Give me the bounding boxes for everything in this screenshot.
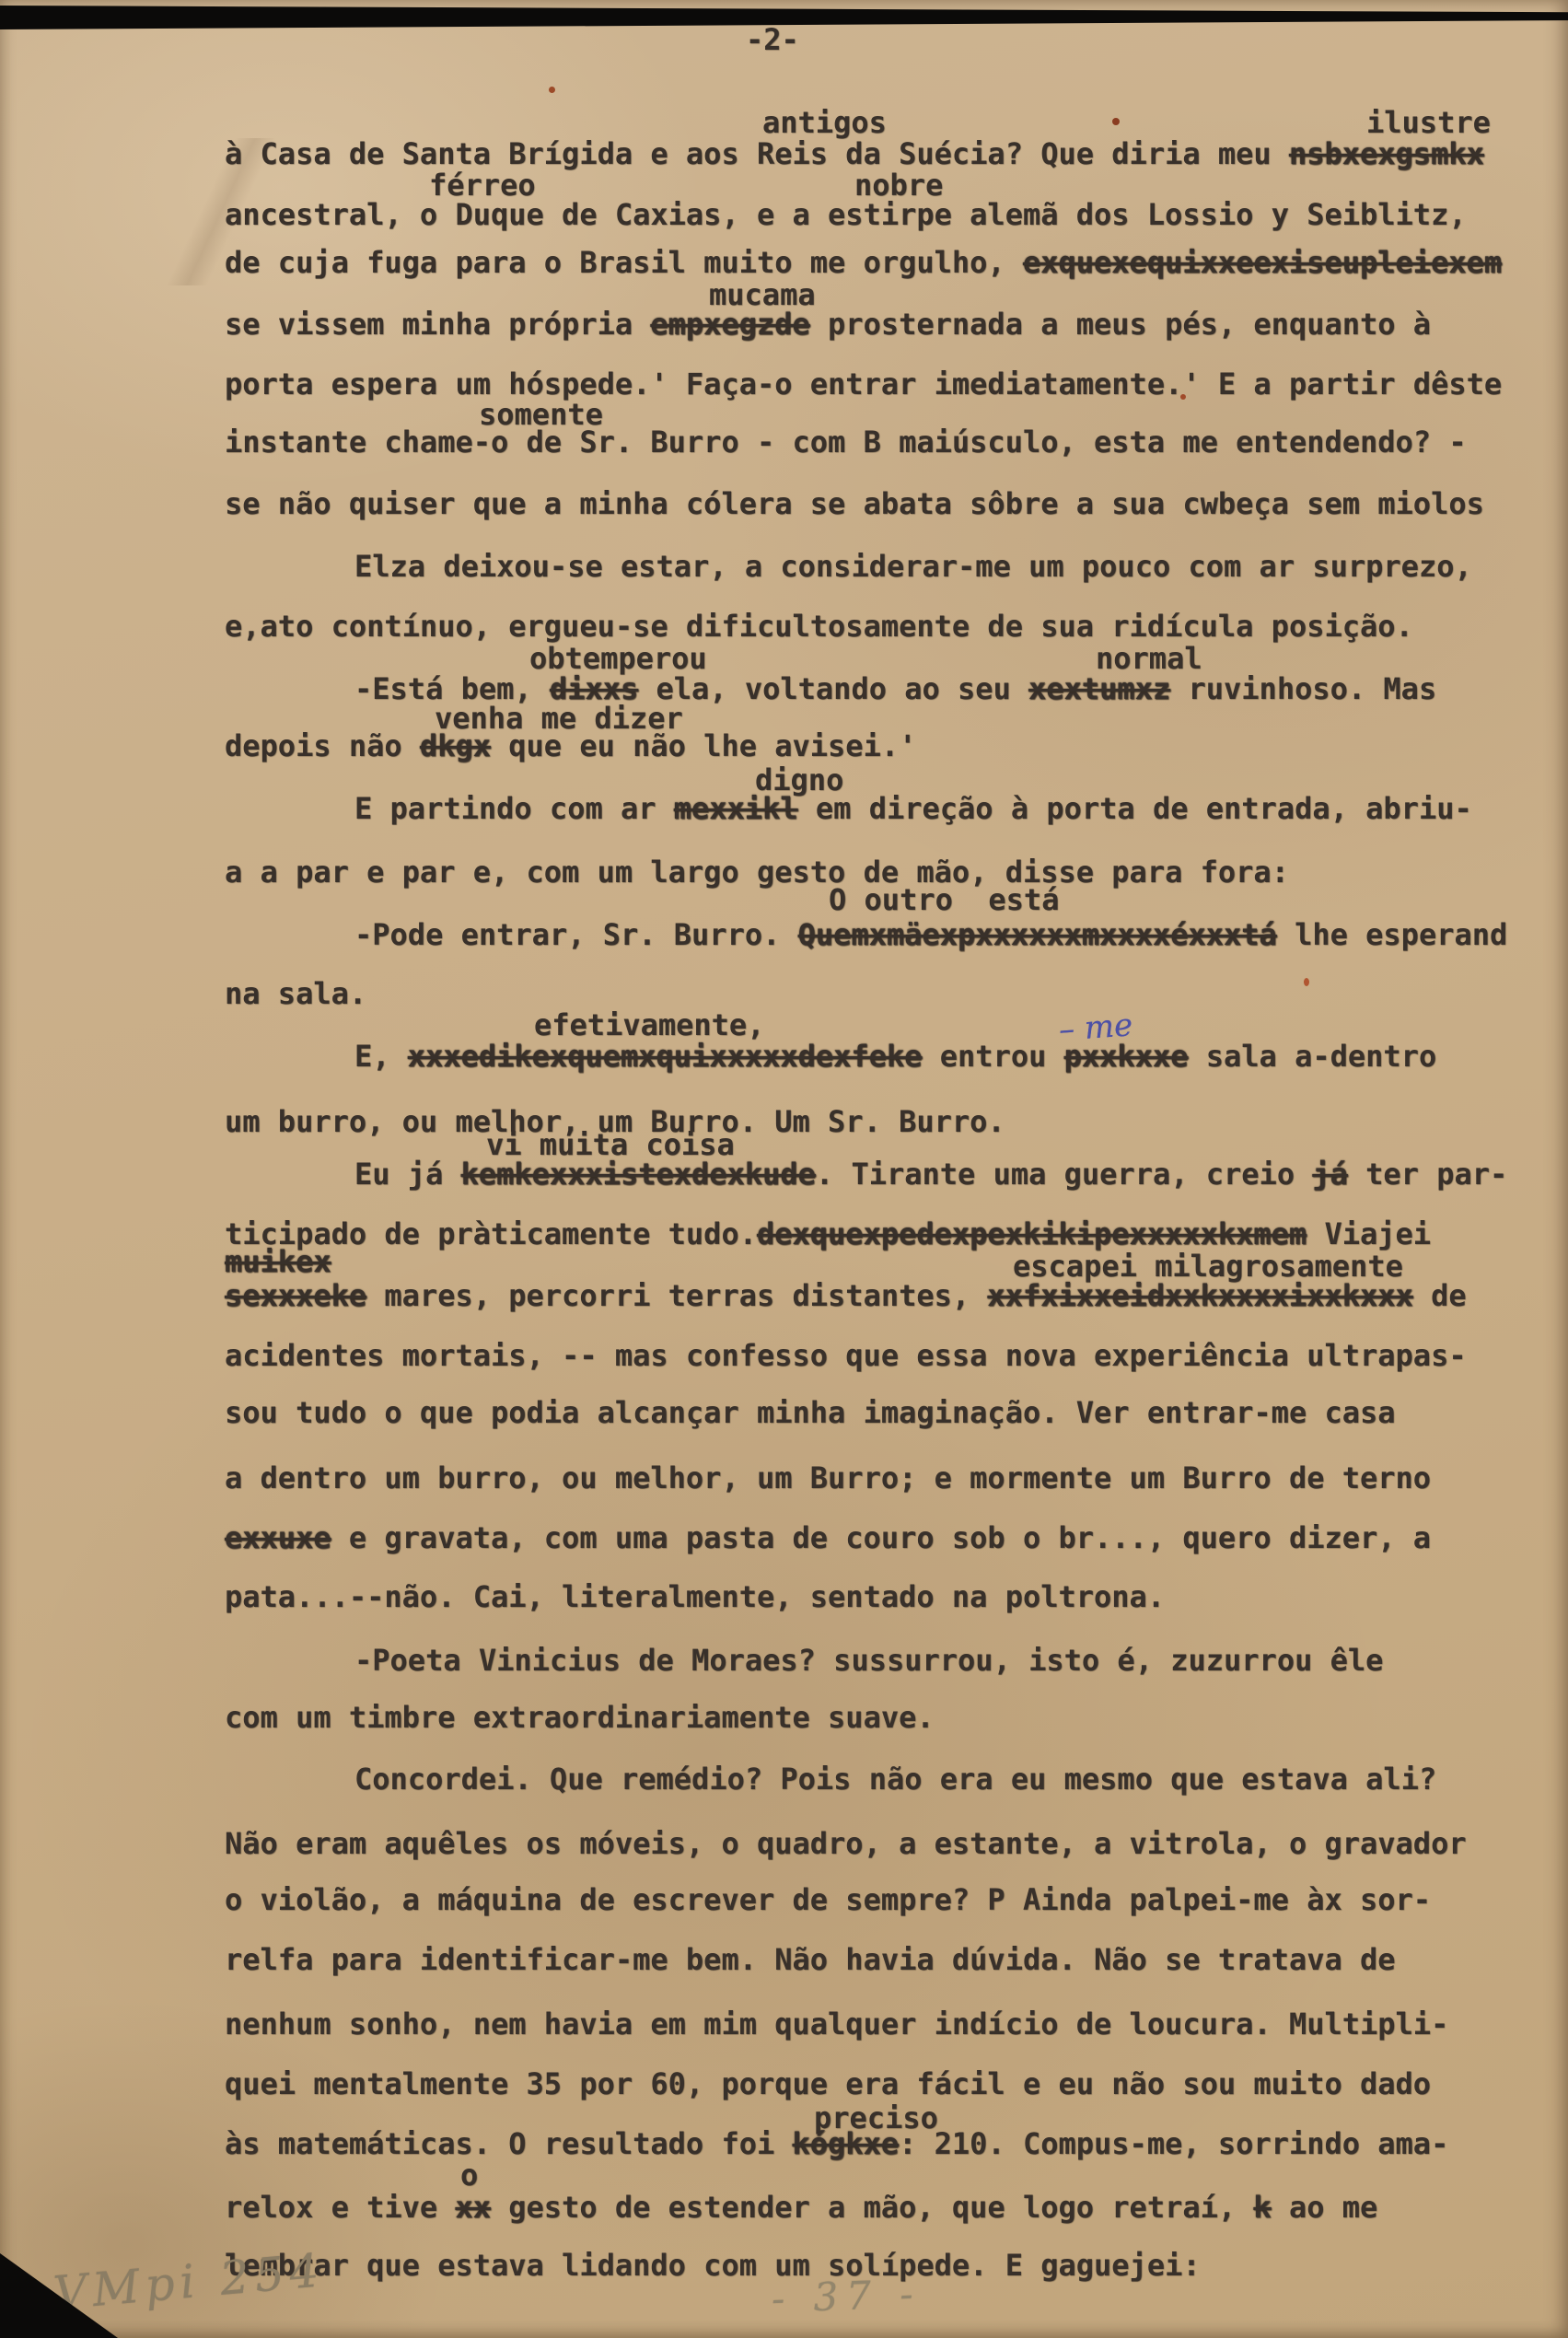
typed-line: sou tudo o que podia alcançar minha imag… [225, 1395, 1396, 1430]
typed-text: gesto de estender a mão, que logo retraí… [491, 2190, 1253, 2225]
typed-text: pata...--não. Cai, literalmente, sentado… [225, 1579, 1165, 1614]
typed-text: ela, voltando ao seu [638, 671, 1028, 706]
paper-speck [1180, 394, 1186, 400]
typed-text: -Poeta Vinicius de Moraes? sussurrou, is… [354, 1643, 1383, 1678]
typed-line: nenhum sonho, nem havia em mim qualquer … [225, 2006, 1448, 2041]
typed-line: a dentro um burro, ou melhor, um Burro; … [225, 1460, 1431, 1495]
typed-text: relfa para identificar-me bem. Não havia… [225, 1942, 1396, 1977]
overstruck-text: kógkxe [793, 2126, 900, 2161]
typed-line: e,ato contínuo, ergueu-se dificultosamen… [225, 609, 1413, 644]
typed-line: sexxxeke mares, percorri terras distante… [225, 1278, 1467, 1313]
typed-text: instante chame-o de Sr. Burro - com B ma… [225, 425, 1467, 459]
typed-line: lembrar que estava lidando com um solípe… [225, 2248, 1201, 2283]
typed-line: instante chame-o de Sr. Burro - com B ma… [225, 425, 1467, 459]
overstruck-text: exxuxe [225, 1520, 331, 1555]
interline-insertion: O outro está [829, 882, 1059, 917]
typed-text: que eu não lhe avisei.' [491, 728, 916, 763]
typed-text: se vissem minha própria [225, 307, 650, 342]
typed-line: exxuxe e gravata, com uma pasta de couro… [225, 1520, 1431, 1555]
typed-line: na sala. [225, 976, 366, 1011]
typed-text: lembrar que estava lidando com um solípe… [225, 2248, 1201, 2283]
typed-line: Elza deixou-se estar, a considerar-me um… [354, 549, 1472, 584]
typed-line: depois não dkgx que eu não lhe avisei.' [225, 728, 916, 763]
typed-text: em direção à porta de entrada, abriu- [798, 791, 1472, 826]
typed-text: às matemáticas. O resultado foi [225, 2126, 793, 2161]
typed-text: a dentro um burro, ou melhor, um Burro; … [225, 1460, 1431, 1495]
overstruck-text: xextumxz [1028, 671, 1170, 706]
typed-text: porta espera um hóspede.' Faça-o entrar … [225, 366, 1502, 401]
typed-line: Concordei. Que remédio? Pois não era eu … [354, 1762, 1436, 1797]
typed-text: E partindo com ar [354, 791, 674, 826]
typed-line: de cuja fuga para o Brasil muito me orgu… [225, 245, 1502, 280]
typed-text: mares, percorri terras distantes, [366, 1278, 987, 1313]
typed-text: relox e tive [225, 2190, 455, 2225]
typed-text: ilustre [1366, 105, 1491, 140]
typed-text: na sala. [225, 976, 366, 1011]
typed-text: sala a-dentro [1188, 1039, 1436, 1074]
overstruck-text: kemkexxxistexdexkude [461, 1157, 816, 1192]
typed-text: quei mentalmente 35 por 60, porque era f… [225, 2066, 1431, 2101]
overstruck-text: xxfxixxeidxxkxxxxixxkxxx [987, 1278, 1412, 1313]
typed-text: . Tirante uma guerra, creio [816, 1157, 1312, 1192]
typed-line: E partindo com ar mexxikl em direção à p… [354, 791, 1472, 826]
typed-line: muikex [225, 1244, 331, 1279]
overstruck-text: sexxxeke [225, 1278, 366, 1313]
typed-text: Viajei [1307, 1216, 1431, 1251]
overstruck-text: dkgx [420, 728, 491, 763]
typed-text: acidentes mortais, -- mas confesso que e… [225, 1338, 1467, 1373]
overstruck-text: empxegzde [650, 307, 809, 342]
typed-line: às matemáticas. O resultado foi kógkxe: … [225, 2126, 1448, 2161]
paper-speck [1304, 978, 1309, 986]
typed-text: Concordei. Que remédio? Pois não era eu … [354, 1762, 1436, 1797]
typed-text: ruvinhoso. Mas [1170, 671, 1436, 706]
typed-line: a a par e par e, com um largo gesto de m… [225, 855, 1289, 890]
typed-text: Não eram aquêles os móveis, o quadro, a … [225, 1826, 1467, 1861]
overstruck-text: exquexequixxeexiseupleiexem [1023, 245, 1502, 280]
typed-text: com um timbre extraordinariamente suave. [225, 1700, 935, 1735]
typed-text: e gravata, com uma pasta de couro sob o … [331, 1520, 1431, 1555]
page-number: -2- [746, 22, 799, 57]
typed-line: Não eram aquêles os móveis, o quadro, a … [225, 1826, 1467, 1861]
typed-line: E, xxxedikexquemxquixxxxxdexfeke entrou … [354, 1039, 1436, 1074]
typed-text: prosternada a meus pés, enquanto à [810, 307, 1431, 342]
overstruck-text: xx [455, 2190, 491, 2225]
typed-text: lhe esperand [1277, 917, 1507, 952]
typed-text: Eu já [354, 1157, 461, 1192]
typed-line: Eu já kemkexxxistexdexkude. Tirante uma … [354, 1157, 1507, 1192]
overstruck-text: xxxedikexquemxquixxxxxdexfeke [408, 1039, 923, 1074]
typed-text: O outro está [829, 882, 1059, 917]
interline-insertion: antigos [762, 105, 887, 140]
typed-line: ancestral, o Duque de Caxias, e a estirp… [225, 197, 1467, 232]
typed-line: com um timbre extraordinariamente suave. [225, 1700, 935, 1735]
typed-text: o [460, 2158, 478, 2193]
pencil-page-number: - 37 - [771, 2270, 922, 2323]
overstruck-text: muikex [225, 1244, 331, 1279]
handwritten-ink-insertion: – me [1058, 1008, 1133, 1047]
typed-line: acidentes mortais, -- mas confesso que e… [225, 1338, 1467, 1373]
paper-speck [1112, 118, 1120, 125]
typed-text: à Casa de Santa Brígida e aos Reis da Su… [225, 136, 1289, 171]
typed-line: ticipado de pràticamente tudo.dexquexped… [225, 1216, 1431, 1251]
interline-insertion: ilustre [1366, 105, 1491, 140]
typed-text: e,ato contínuo, ergueu-se dificultosamen… [225, 609, 1413, 644]
typed-line: relfa para identificar-me bem. Não havia… [225, 1942, 1396, 1977]
typed-text: ter par- [1348, 1157, 1507, 1192]
typed-text: de [1413, 1278, 1467, 1313]
typed-line: se vissem minha própria empxegzde proste… [225, 307, 1431, 342]
typed-line: o violão, a máquina de escrever de sempr… [225, 1882, 1431, 1917]
interline-insertion: efetivamente, [534, 1007, 764, 1042]
typed-text: -Pode entrar, Sr. Burro. [354, 917, 798, 952]
typed-line: quei mentalmente 35 por 60, porque era f… [225, 2066, 1431, 2101]
overstruck-text: Quemxmäexpxxxxxxmxxxxéxxxtá [798, 917, 1277, 952]
typed-text: ancestral, o Duque de Caxias, e a estirp… [225, 197, 1467, 232]
typed-line: pata...--não. Cai, literalmente, sentado… [225, 1579, 1165, 1614]
typed-line: à Casa de Santa Brígida e aos Reis da Su… [225, 136, 1484, 171]
typed-line: -Poeta Vinicius de Moraes? sussurrou, is… [354, 1643, 1383, 1678]
typed-line: se não quiser que a minha cólera se abat… [225, 486, 1484, 521]
typed-text: Elza deixou-se estar, a considerar-me um… [354, 549, 1472, 584]
paper-speck [549, 87, 555, 93]
typed-line: porta espera um hóspede.' Faça-o entrar … [225, 366, 1502, 401]
typed-text: de cuja fuga para o Brasil muito me orgu… [225, 245, 1023, 280]
overstruck-text: nsbxexgsmkx [1289, 136, 1484, 171]
typed-text: se não quiser que a minha cólera se abat… [225, 486, 1484, 521]
typed-text: antigos [762, 105, 887, 140]
typed-line: -Pode entrar, Sr. Burro. Quemxmäexpxxxxx… [354, 917, 1507, 952]
typed-text: efetivamente, [534, 1007, 764, 1042]
typed-text: ao me [1272, 2190, 1378, 2225]
typed-text: : 210. Compus-me, sorrindo ama- [899, 2126, 1448, 2161]
typed-text: o violão, a máquina de escrever de sempr… [225, 1882, 1431, 1917]
overstruck-text: dexquexpedexpexkikipexxxxxkxmem [757, 1216, 1307, 1251]
overstruck-text: já [1312, 1157, 1348, 1192]
typed-text: E, [354, 1039, 408, 1074]
typed-text: nenhum sonho, nem havia em mim qualquer … [225, 2006, 1448, 2041]
interline-insertion: o [460, 2158, 478, 2193]
typed-text: entrou [923, 1039, 1064, 1074]
typed-line: relox e tive xx gesto de estender a mão,… [225, 2190, 1377, 2225]
overstruck-text: k [1253, 2190, 1271, 2225]
typed-text: a a par e par e, com um largo gesto de m… [225, 855, 1289, 890]
overstruck-text: mexxikl [674, 791, 798, 826]
archive-code-annotation: VMpi 254 [52, 2246, 326, 2317]
typed-text: sou tudo o que podia alcançar minha imag… [225, 1395, 1396, 1430]
typed-text: depois não [225, 728, 420, 763]
scanned-manuscript-page: -2- antigosilustreà Casa de Santa Brígid… [0, 0, 1568, 2338]
